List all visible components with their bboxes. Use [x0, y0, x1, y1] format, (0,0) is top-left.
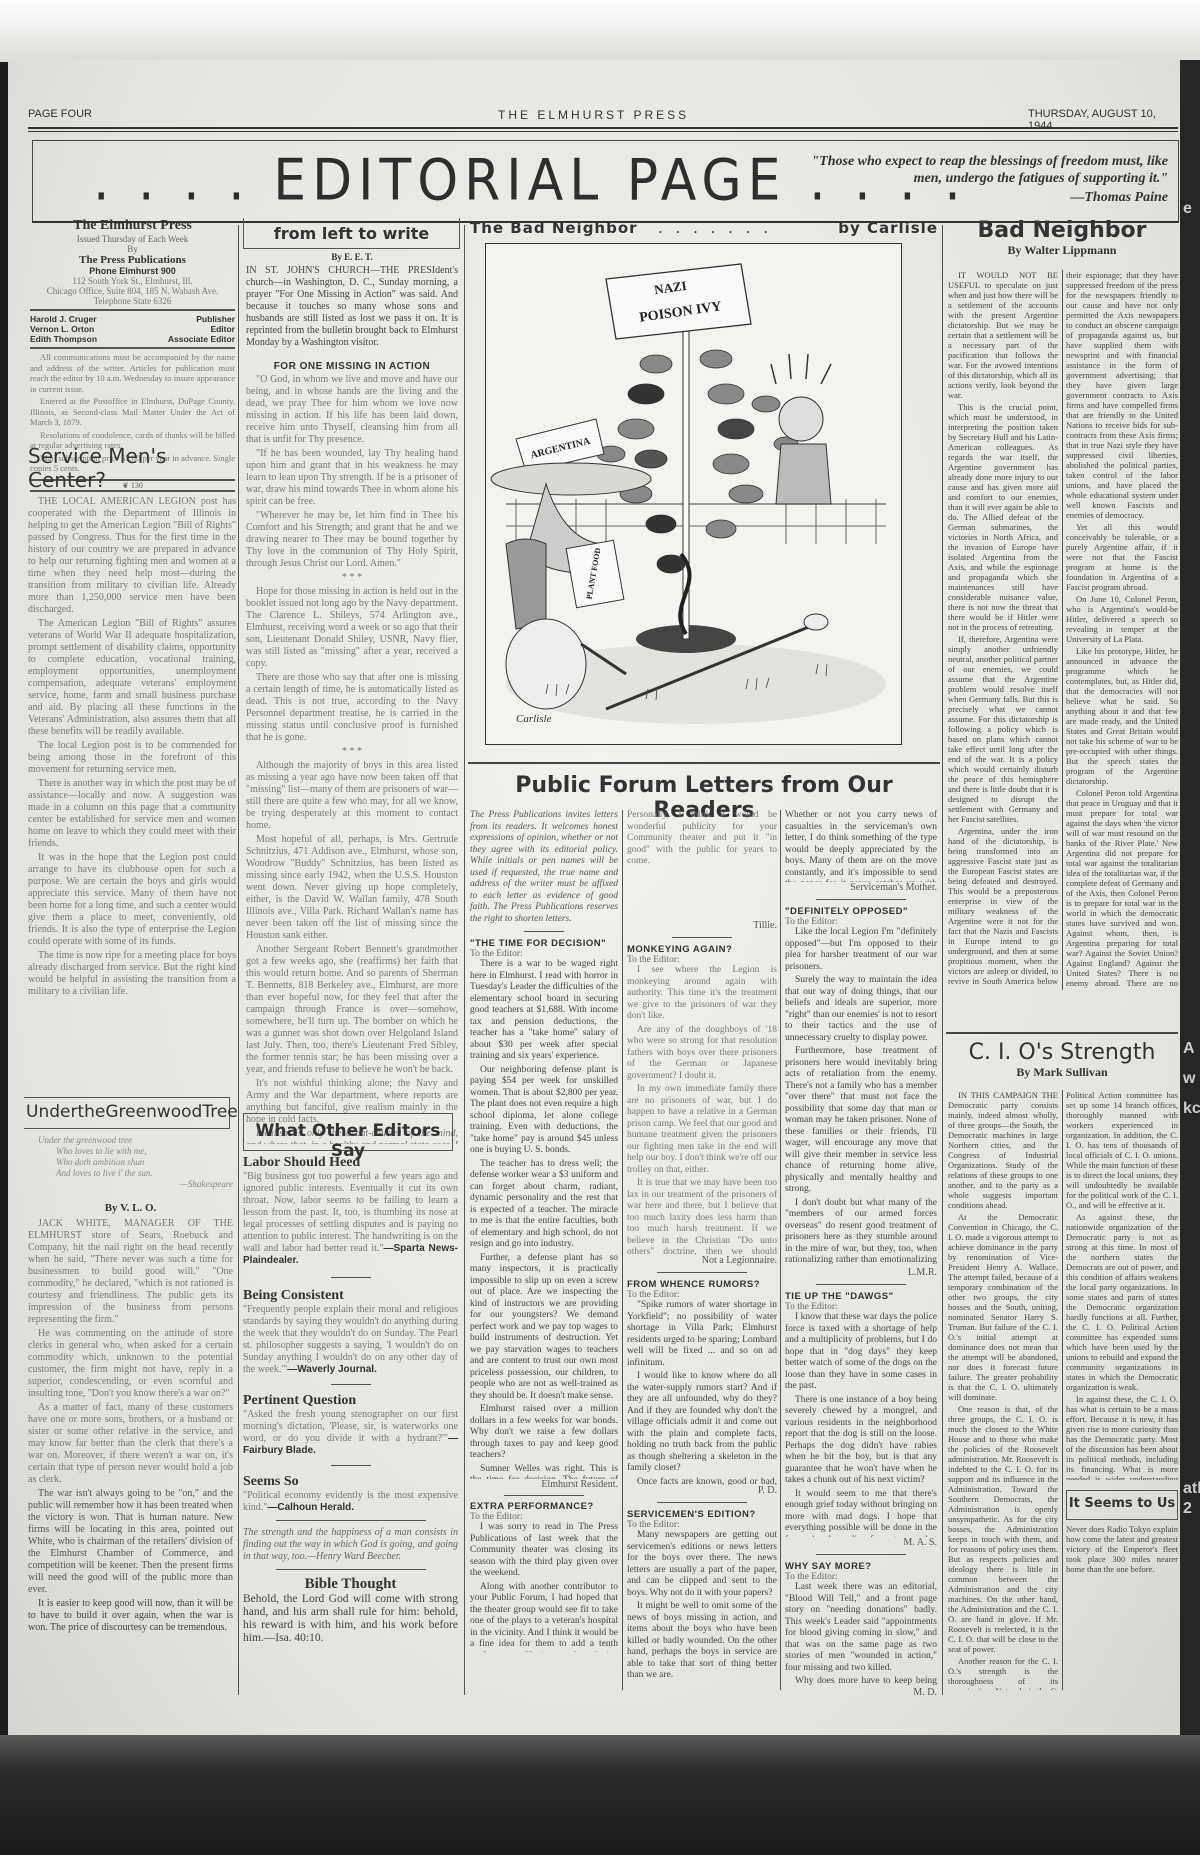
forum-column-a: The Press Publications invites letters f… — [470, 810, 618, 1652]
staff-row: Edith ThompsonAssociate Editor — [30, 334, 235, 344]
divider — [276, 1569, 426, 1570]
greenwood-headline: UndertheGreenwoodTree — [24, 1098, 229, 1122]
other-editors-header-box: What Other Editors Say — [243, 1113, 453, 1151]
letter-salutation: To the Editor: — [785, 1302, 937, 1312]
letter-signature: M. A. S. — [785, 1537, 937, 1548]
letter-body: "Spike rumors of water shortage in Yorkf… — [627, 1300, 777, 1485]
letter-signature: Elmhurst Resident. — [470, 1479, 618, 1490]
letter-salutation: To the Editor: — [470, 1512, 618, 1522]
letter-title: WHY SAY MORE? — [785, 1561, 937, 1572]
bad-neighbor-column: Bad Neighbor By Walter Lippmann — [946, 218, 1178, 258]
edge-fragment: e — [1183, 200, 1192, 218]
forum-intro: The Press Publications invites letters f… — [470, 810, 618, 925]
bad-neighbor-body-col2: their espionage; that they have suppress… — [1066, 270, 1178, 988]
letter-body-continued: Whether or not you carry news of casualt… — [785, 810, 937, 882]
it-seems-headline: It Seems to Us — [1067, 1491, 1177, 1511]
political-cartoon: NAZI POISON IVY ARGENTINA PLANT FOOD — [485, 243, 902, 745]
letter-signature: Not a Legionnaire. — [627, 1255, 777, 1266]
letter-signature: M. D. — [785, 1687, 937, 1698]
item-text: "Asked the fresh young stenographer on o… — [243, 1409, 458, 1457]
edge-fragment: w — [1183, 1070, 1195, 1088]
letter-title: "THE TIME FOR DECISION" — [470, 938, 618, 949]
cio-header: C. I. O's Strength By Mark Sullivan — [946, 1040, 1178, 1080]
letter-title: "DEFINITELY OPPOSED" — [785, 906, 937, 917]
cio-headline: C. I. O's Strength — [946, 1040, 1178, 1065]
cartoon-title: The Bad Neighbor — [470, 219, 638, 237]
staff-row: Vernon L. OrtonEditor — [30, 324, 235, 334]
cio-top-rule — [946, 1032, 1178, 1034]
left-to-write-headline: from left to write — [244, 218, 459, 243]
other-editors-headline: What Other Editors Say — [244, 1114, 452, 1161]
divider — [672, 937, 732, 938]
bible-thought-title: Bible Thought — [243, 1576, 458, 1593]
letter-salutation: To the Editor: — [627, 1520, 777, 1530]
letter-title: TIE UP THE "DAWGS" — [785, 1291, 937, 1302]
letter-body: Like the local Legion I'm "definitely op… — [785, 927, 937, 1267]
staff-by: By — [30, 244, 235, 254]
bad-neighbor-body-col1: IT WOULD NOT BE USEFUL to speculate on j… — [948, 270, 1058, 988]
divider — [524, 931, 564, 932]
divider — [331, 1277, 371, 1278]
banner-quote: "Those who expect to reap the blessings … — [798, 153, 1168, 206]
greenwood-byline: By V. L. O. — [28, 1202, 233, 1214]
greenwood-poem: Under the greenwood tree Who loves to li… — [28, 1135, 233, 1190]
item-title: Labor Should Heed — [243, 1155, 458, 1171]
letter-title: FROM WHENCE RUMORS? — [627, 1279, 777, 1290]
letter-body-continued: Personally, I think it would be wonderfu… — [627, 810, 777, 920]
divider — [816, 1554, 906, 1555]
quote-author: —Thomas Paine — [798, 189, 1168, 206]
forum-column-c: Whether or not you carry news of casualt… — [785, 810, 937, 1698]
beecher-quote: The strength and the happiness of a man … — [243, 1527, 458, 1563]
service-center-body: THE LOCAL AMERICAN LEGION post has coope… — [28, 496, 236, 1116]
cio-byline: By Mark Sullivan — [946, 1065, 1178, 1080]
prayer-title: FOR ONE MISSING IN ACTION — [246, 361, 458, 372]
edge-fragment: 2 — [1183, 1500, 1192, 1518]
staff-phone: Phone Elmhurst 900 — [30, 266, 235, 276]
edge-fragment: kc — [1183, 1100, 1200, 1118]
item-title: Pertinent Question — [243, 1393, 458, 1409]
masthead: PAGE FOUR THE ELMHURST PRESS THURSDAY, A… — [28, 108, 1178, 124]
item-text: "Political economy evidently is the most… — [243, 1490, 458, 1514]
service-center-headline: Service Men's Center? — [28, 444, 236, 492]
letter-signature: P. D. — [627, 1485, 777, 1496]
quote-text: "Those who expect to reap the blessings … — [798, 153, 1168, 187]
bad-neighbor-headline: Bad Neighbor — [946, 218, 1178, 243]
masthead-rule-thin — [28, 131, 1178, 132]
left-to-write-intro: IN ST. JOHN'S CHURCH—THE PRESIdent's chu… — [246, 265, 458, 349]
cio-body-col2: Political Action committee has set up so… — [1066, 1090, 1178, 1480]
letter-signature: Tillie. — [627, 920, 777, 931]
forum-column-b: Personally, I think it would be wonderfu… — [627, 810, 777, 1680]
separator-stars: * * * — [246, 746, 458, 758]
forum-column-rule — [780, 810, 781, 1690]
cartoon-credit: by Carlisle — [838, 219, 938, 237]
cio-body-col1: IN THIS CAMPAIGN THE Democratic party co… — [948, 1090, 1058, 1690]
divider — [331, 1384, 371, 1385]
staff-list: Harold J. CrugerPublisher Vernon L. Orto… — [30, 309, 235, 344]
letter-body: I see where the Legion is monkeying arou… — [627, 965, 777, 1255]
staff-paper-name: The Elmhurst Press — [30, 218, 235, 234]
bad-neighbor-byline: By Walter Lippmann — [946, 243, 1178, 258]
cartoon-leader-dots: . . . . . . . — [658, 219, 772, 237]
scan-bottom-shadow — [0, 1735, 1200, 1855]
item-title: Seems So — [243, 1474, 458, 1490]
bible-thought-text: Behold, the Lord God will come with stro… — [243, 1593, 458, 1645]
divider — [504, 1495, 584, 1496]
left-to-write-header-box: from left to write — [243, 218, 460, 249]
greenwood-header-box: UndertheGreenwoodTree — [24, 1097, 230, 1129]
divider — [657, 1272, 747, 1273]
letter-salutation: To the Editor: — [470, 949, 618, 959]
column-rule — [1062, 270, 1063, 990]
divider — [331, 1465, 371, 1466]
masthead-rule — [28, 127, 1178, 129]
divider — [816, 899, 906, 900]
forum-top-rule — [468, 762, 940, 764]
divider — [276, 1520, 426, 1521]
it-seems-header-box: It Seems to Us — [1066, 1490, 1178, 1520]
divider — [657, 1502, 747, 1503]
item-text: "Frequently people explain their moral a… — [243, 1304, 458, 1376]
letter-body: There is a war to be waged right here in… — [470, 959, 618, 1479]
editorial-banner: . . . . EDITORIAL PAGE . . . . "Those wh… — [32, 140, 1179, 223]
staff-issued: Issued Thursday of Each Week — [30, 234, 235, 244]
letter-body: Many newspapers are getting out servicem… — [627, 1530, 777, 1680]
divider — [816, 1284, 906, 1285]
left-to-write-column: By E. E. T. IN ST. JOHN'S CHURCH—THE PRE… — [246, 252, 458, 1144]
staff-chicago-office: Chicago Office, Suite 804, 185 N. Wabash… — [30, 286, 235, 296]
cartoon-heading: The Bad Neighbor . . . . . . . by Carlis… — [468, 218, 940, 240]
letter-title: SERVICEMEN'S EDITION? — [627, 1509, 777, 1520]
left-to-write-body: "O God, in whom we live and move and hav… — [246, 374, 458, 1144]
staff-row: Harold J. CrugerPublisher — [30, 314, 235, 324]
staff-address: 112 South York St., Elmhurst, Ill. — [30, 276, 235, 286]
column-rule — [464, 225, 465, 1695]
item-text: "Big business got too powerful a few yea… — [243, 1171, 458, 1267]
service-center-editorial: Service Men's Center? THE LOCAL AMERICAN… — [28, 444, 236, 1116]
greenwood-body: JACK WHITE, MANAGER OF THE ELMHURST stor… — [28, 1218, 233, 1673]
staff-publisher-org: The Press Publications — [30, 254, 235, 266]
letter-salutation: To the Editor: — [627, 1290, 777, 1300]
page-number-label: PAGE FOUR — [28, 108, 92, 120]
letter-title: MONKEYING AGAIN? — [627, 944, 777, 955]
item-title: Being Consistent — [243, 1288, 458, 1304]
letter-salutation: To the Editor: — [785, 1572, 937, 1582]
letter-salutation: To the Editor: — [785, 917, 937, 927]
greenwood-column: Under the greenwood tree Who loves to li… — [28, 1135, 233, 1673]
separator-stars: * * * — [246, 572, 458, 584]
forum-column-rule — [622, 810, 623, 1690]
paper-name: THE ELMHURST PRESS — [498, 108, 689, 122]
column-rule — [1062, 1090, 1063, 1690]
letter-body: Last week there was an editorial, "Blood… — [785, 1582, 937, 1687]
edge-fragment: A — [1183, 1040, 1195, 1058]
other-editors-column: Labor Should Heed "Big business got too … — [243, 1155, 458, 1645]
letter-signature: L.M.R. — [785, 1267, 937, 1278]
it-seems-text: Never does Radio Tokyo explain how come … — [1066, 1524, 1178, 1574]
cartoon-illustration: NAZI POISON IVY ARGENTINA PLANT FOOD — [486, 244, 901, 744]
column-rule — [238, 225, 239, 1695]
column-rule — [942, 225, 943, 1695]
letter-body: I was sorry to read in The Press Publica… — [470, 1522, 618, 1652]
letter-salutation: To the Editor: — [627, 955, 777, 965]
letter-signature: Serviceman's Mother. — [785, 882, 937, 893]
staff-telephone: Telephone State 6326 — [30, 296, 235, 306]
letter-title: EXTRA PERFORMANCE? — [470, 1501, 618, 1512]
left-to-write-byline: By E. E. T. — [246, 252, 458, 262]
cartoon-signature: Carlisle — [516, 713, 552, 725]
scan-top-margin — [0, 0, 1200, 62]
letter-body: I know that these war days the police fo… — [785, 1312, 937, 1537]
edge-fragment: ath — [1183, 1480, 1200, 1498]
